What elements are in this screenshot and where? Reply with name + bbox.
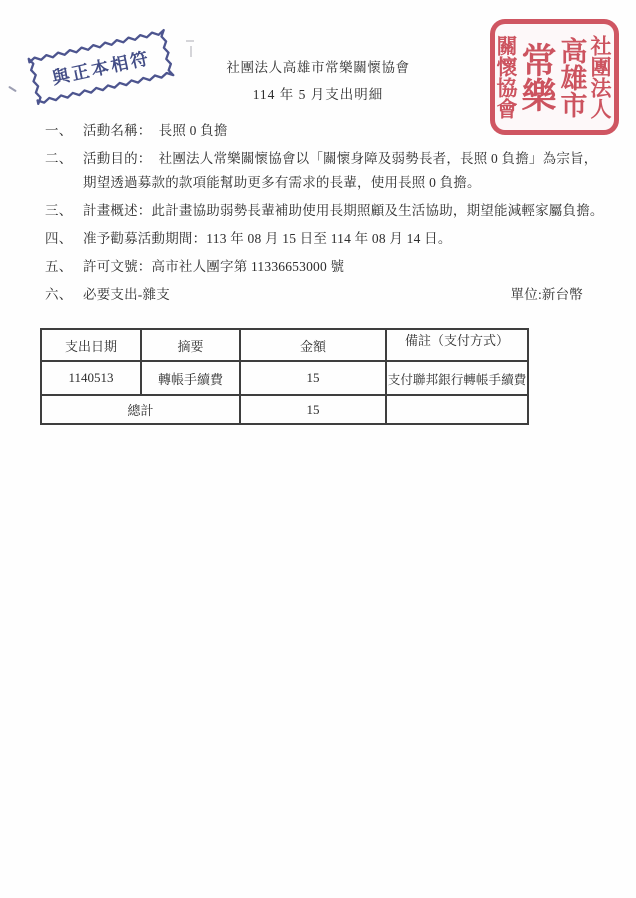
item-text: 計畫概述：此計畫協助弱勢長輩補助使用長期照顧及生活協助，期望能減輕家屬負擔。: [83, 199, 611, 223]
seal-column-1: 社團法人: [587, 28, 612, 126]
expense-table: 支出日期 摘要 金額 備註（支付方式） 1140513 轉帳手續費 15 支付聯…: [40, 328, 529, 425]
scanned-document-page: 與正本相符 社團法人高雄市常樂關懷協會 社團法人高雄市常樂關懷協會 114 年 …: [0, 0, 636, 898]
item-text: 准予勸募活動期間：113 年 08 月 15 日至 114 年 08 月 14 …: [83, 227, 611, 251]
item-list: 一、 活動名稱： 長照 0 負擔 二、 活動目的： 社團法人常樂關懷協會以「關懷…: [45, 119, 611, 307]
item-number: 五、: [45, 255, 75, 279]
cell-expense-date: 1140513: [41, 361, 141, 395]
seal-column-3: 常樂: [518, 28, 555, 126]
total-label: 總計: [41, 395, 240, 424]
item-text: 必要支出-雜支: [83, 283, 511, 307]
table-total-row: 總計 15: [41, 395, 528, 424]
item-number: 三、: [45, 199, 75, 223]
header-remark: 備註（支付方式）: [386, 329, 528, 361]
total-remark-empty: [386, 395, 528, 424]
table-row: 1140513 轉帳手續費 15 支付聯邦銀行轉帳手續費: [41, 361, 528, 395]
currency-unit-label: 單位:新台幣: [511, 283, 583, 307]
seal-column-4: 關懷協會: [493, 28, 518, 126]
table-header-row: 支出日期 摘要 金額 備註（支付方式）: [41, 329, 528, 361]
header-expense-date: 支出日期: [41, 329, 141, 361]
item-permit-number: 五、 許可文號：高市社人團字第 11336653000 號: [45, 255, 611, 279]
header-amount: 金額: [240, 329, 386, 361]
scan-artifact-marks: [186, 40, 194, 57]
total-amount: 15: [240, 395, 386, 424]
item-number: 六、: [45, 283, 75, 307]
item-number: 一、: [45, 119, 75, 143]
organization-seal: 社團法人高雄市常樂關懷協會: [490, 19, 619, 135]
item-text: 活動目的： 社團法人常樂關懷協會以「關懷身障及弱勢長者，長照 0 負擔」為宗旨，…: [83, 147, 611, 195]
seal-column-2: 高雄市: [555, 28, 587, 126]
item-fundraising-period: 四、 准予勸募活動期間：113 年 08 月 15 日至 114 年 08 月 …: [45, 227, 611, 251]
item-plan-summary: 三、 計畫概述：此計畫協助弱勢長輩補助使用長期照顧及生活協助，期望能減輕家屬負擔…: [45, 199, 611, 223]
item-necessary-expense: 六、 必要支出-雜支 單位:新台幣: [45, 283, 611, 307]
header-summary: 摘要: [141, 329, 240, 361]
cell-summary: 轉帳手續費: [141, 361, 240, 395]
item-activity-purpose: 二、 活動目的： 社團法人常樂關懷協會以「關懷身障及弱勢長者，長照 0 負擔」為…: [45, 147, 611, 195]
item-number: 四、: [45, 227, 75, 251]
item-number: 二、: [45, 147, 75, 195]
cell-remark: 支付聯邦銀行轉帳手續費: [386, 361, 528, 395]
item-text: 許可文號：高市社人團字第 11336653000 號: [83, 255, 611, 279]
cell-amount: 15: [240, 361, 386, 395]
